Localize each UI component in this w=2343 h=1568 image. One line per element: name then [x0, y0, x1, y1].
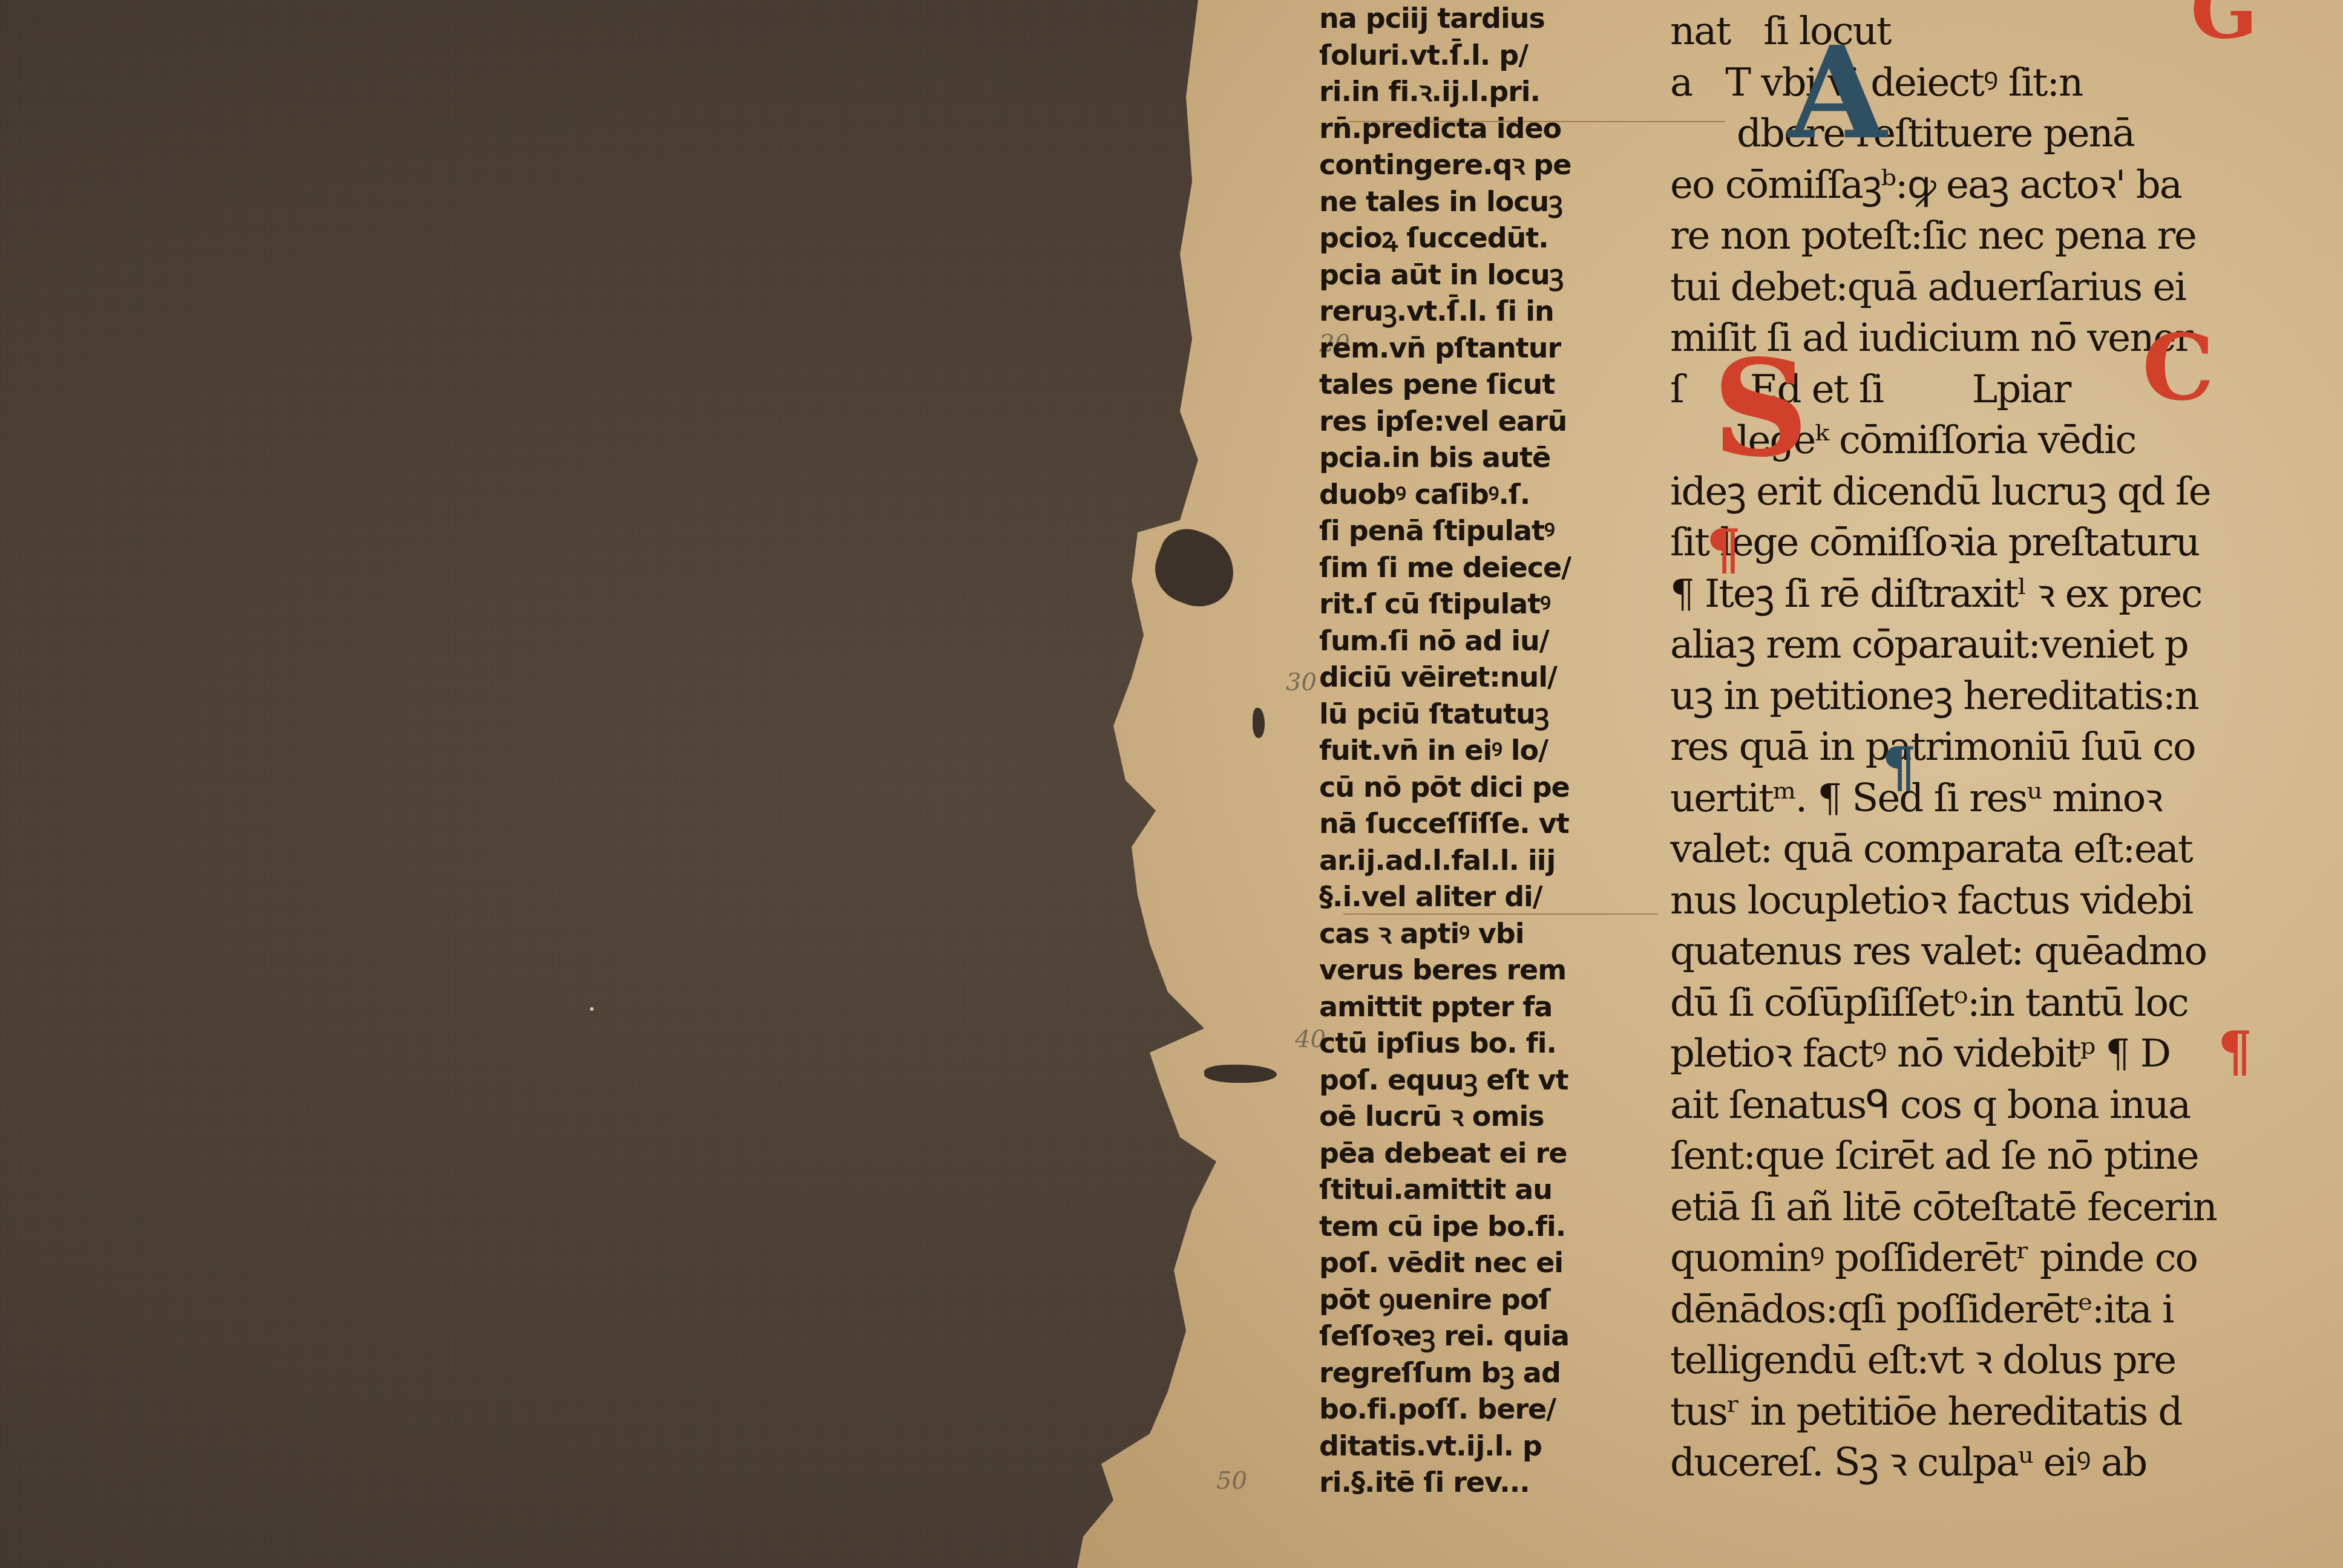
text-line: ¶ Iteꝫ ſi rē diſtraxitˡ ꝛ ex prec — [1670, 569, 2343, 620]
tear-hole — [1204, 1065, 1277, 1083]
text-line: ne tales in locuꝫ — [1319, 183, 1658, 220]
text-line: ri.in fi.ꝛ.ĳ.l.pri. — [1319, 73, 1658, 110]
text-line: ſi penā ſtipulatꝰ — [1319, 512, 1658, 549]
text-line: pōt ꝯuenire poſ — [1319, 1281, 1658, 1318]
text-line: tales pene ſicut — [1319, 366, 1658, 403]
text-line: quatenus res valet: quēadmo — [1670, 926, 2343, 978]
text-line: etiā ſi añ litē cōteſtatē fecerin — [1670, 1182, 2343, 1233]
text-line: na pciĳ tardius — [1319, 0, 1658, 37]
text-line: ſum.ſi nō ad iu/ — [1319, 622, 1658, 659]
text-line: ducereſ. Sꝫ ꝛ culpaᵘ eiꝰ ab — [1670, 1437, 2343, 1489]
text-line: nus locupletioꝛ factus videbi — [1670, 875, 2343, 927]
text-line: tui debet:quā aduerſarius ei — [1670, 262, 2343, 313]
text-line: ait ſenatusᑫ cos q bona inua — [1670, 1080, 2343, 1131]
text-line: uꝫ in petitioneꝫ hereditatis:n — [1670, 671, 2343, 722]
text-line: re non poteſt:ſic nec pena re — [1670, 211, 2343, 262]
text-line: fuit.vn̄ in eiꝰ lo/ — [1319, 732, 1658, 769]
blue-paragraph-mark: ¶ — [1882, 735, 1916, 799]
text-line: ri.§.itē ſi rev... — [1319, 1464, 1658, 1501]
text-line: uertitᵐ. ¶ Sed ſi resᵘ minoꝛ — [1670, 773, 2343, 825]
text-line: ar.ĳ.ad.l.fal.l. iĳ — [1319, 842, 1658, 879]
text-line: tusʳ in petitiōe hereditatis d — [1670, 1387, 2343, 1438]
text-line: poſ. equuꝫ eſt vt — [1319, 1062, 1658, 1099]
text-line: dbere reſtituere penā — [1670, 108, 2343, 160]
text-line: verus beres rem — [1319, 952, 1658, 988]
text-line: cū nō pōt dici pe — [1319, 769, 1658, 806]
text-line: ſent:que ſcirēt ad ſe nō ptine — [1670, 1131, 2343, 1182]
text-line: ſoluri.vt.ſ̄.l. p/ — [1319, 37, 1658, 74]
text-line: rn̄.predicta ideo — [1319, 110, 1658, 147]
text-line: ſim ſi me deiece/ — [1319, 549, 1658, 586]
text-line: §.i.vel aliter di/ — [1319, 878, 1658, 915]
text-line: poſ. vēdit nec ei — [1319, 1244, 1658, 1281]
red-initial-C: C — [2142, 315, 2214, 421]
text-line: ſtitui.amittit au — [1319, 1171, 1658, 1208]
text-line: eo cōmiſſaꝫᵇ:ꝙ eaꝫ actoꝛ' ba — [1670, 160, 2343, 211]
dust-speck — [590, 1007, 594, 1011]
text-line: duobꝰ caſibꝰ.ſ. — [1319, 476, 1658, 513]
text-line: lū pciū ſtatutuꝫ — [1319, 696, 1658, 733]
text-line: regreſſum bꝫ ad — [1319, 1354, 1658, 1391]
text-line: nā ſucceſſiſſe. vt — [1319, 805, 1658, 842]
text-line: reruꝫ.vt.ſ̄.l. ſi in — [1319, 293, 1658, 330]
tear-hole — [1253, 708, 1265, 738]
text-line: ſit lege cōmiſſoꝛia preſtaturu — [1670, 517, 2343, 569]
text-line: rem.vn̄ pſtantur — [1319, 330, 1658, 367]
text-line: dēnādos:qſi poſſiderētᵉ:ita i — [1670, 1284, 2343, 1336]
margin-note: 50 — [1216, 1467, 1247, 1495]
red-paragraph-mark: ¶ — [2218, 1019, 2252, 1083]
text-line: ſeſſoꝛeꝫ rei. quia — [1319, 1318, 1658, 1354]
main-text-column: nat ſi locuta T vbi vi deiectꝰ ſit:n dbe… — [1670, 6, 2343, 1489]
text-line: oē lucrū ꝛ omis — [1319, 1098, 1658, 1135]
text-line: aliaꝫ rem cōparauit:veniet p — [1670, 619, 2343, 671]
red-paragraph-mark: ¶ — [1706, 517, 1741, 581]
margin-note: 30 — [1286, 668, 1317, 696]
red-initial-S: S — [1712, 330, 1809, 486]
text-line: cas ꝛ aptiꝰ vbi — [1319, 915, 1658, 952]
text-line: tem cū ipe bo.fi. — [1319, 1208, 1658, 1245]
red-initial-G: G — [2191, 0, 2258, 56]
text-line: ctū ipſius bo. fi. — [1319, 1025, 1658, 1062]
text-line: bo.fi.poſſ. bere/ — [1319, 1391, 1658, 1428]
gloss-column: na pciĳ tardiusſoluri.vt.ſ̄.l. p/ri.in f… — [1319, 0, 1658, 1501]
text-line: telligendū eſt:vt ꝛ dolus pre — [1670, 1335, 2343, 1387]
text-line: res ipſe:vel earū — [1319, 403, 1658, 440]
text-line: valet: quā comparata eſt:eat — [1670, 824, 2343, 875]
text-line: quominꝰ poſſiderētʳ pinde co — [1670, 1233, 2343, 1284]
text-line: amittit ppter fa — [1319, 988, 1658, 1025]
text-line: pcioꝝ ſuccedūt. — [1319, 220, 1658, 256]
text-line: pcia.in bis autē — [1319, 439, 1658, 476]
text-line: ditatis.vt.ĳ.l. p — [1319, 1428, 1658, 1465]
text-line: pēa debeat ei re — [1319, 1135, 1658, 1172]
text-line: diciū vēiret:nul/ — [1319, 659, 1658, 696]
text-line: a T vbi vi deiectꝰ ſit:n — [1670, 57, 2343, 109]
text-line: res quā in patrimoniū ſuū co — [1670, 722, 2343, 773]
blue-initial-A: A — [1788, 18, 1887, 168]
text-line: pcia aūt in locuꝫ — [1319, 256, 1658, 293]
text-line: contingere.qꝛ pe — [1319, 146, 1658, 183]
text-line: rit.ſ cū ſtipulatꝰ — [1319, 586, 1658, 622]
